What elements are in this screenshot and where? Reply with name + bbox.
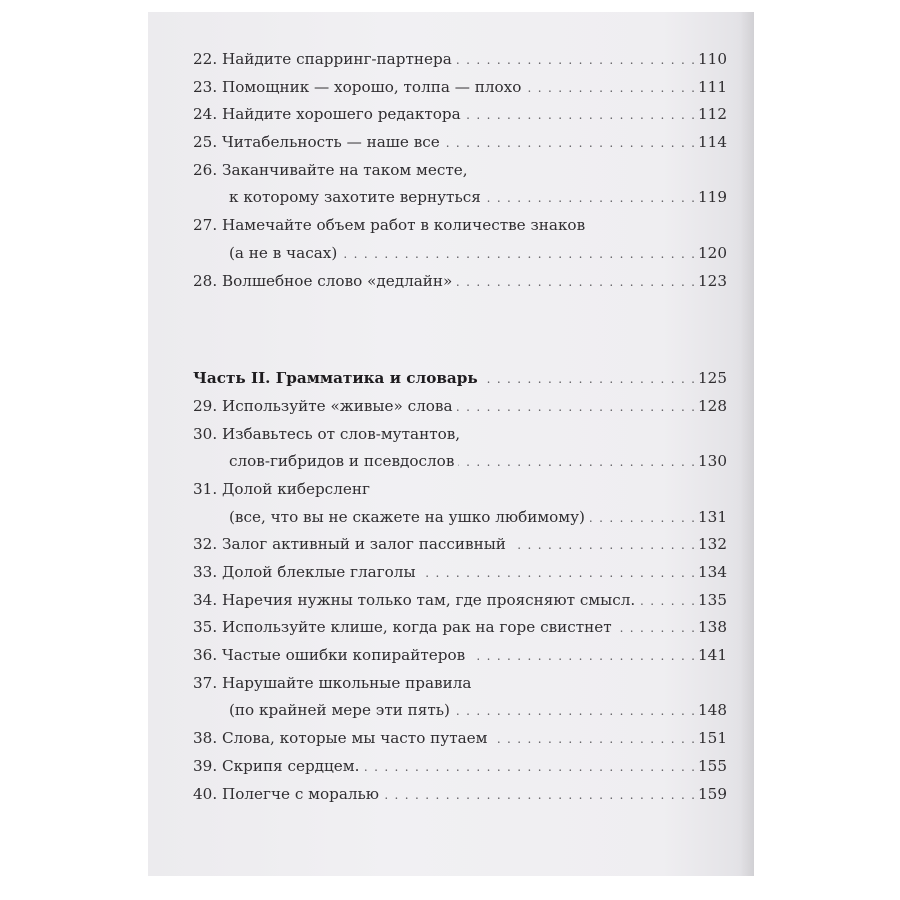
leader-dots (639, 588, 695, 616)
toc-entry: 35. Используйте клише, когда рак на горе… (193, 614, 727, 642)
leader-dots (444, 130, 695, 158)
toc-entry: 22. Найдите спарринг-партнера110 (193, 46, 727, 74)
entry-page-number: 135 (698, 587, 727, 615)
book-page: 22. Найдите спарринг-партнера11023. Помо… (148, 12, 754, 876)
toc-entry: 33. Долой блеклые глаголы134 (193, 559, 727, 587)
part-page-number: 125 (698, 365, 727, 393)
entry-title: 26. Заканчивайте на таком месте, (193, 157, 468, 185)
entry-title: 35. Используйте клише, когда рак на горе… (193, 614, 612, 642)
leader-dots (456, 269, 695, 297)
entry-page-number: 141 (698, 642, 727, 670)
table-of-contents: 22. Найдите спарринг-партнера11023. Помо… (193, 46, 727, 808)
entry-page-number: 151 (698, 725, 727, 753)
toc-section-before-part: 22. Найдите спарринг-партнера11023. Помо… (193, 46, 727, 295)
entry-title: (а не в часах) (229, 240, 337, 268)
entry-title: 28. Волшебное слово «дедлайн» (193, 268, 452, 296)
entry-title: 25. Читабельность — наше все (193, 129, 440, 157)
leader-dots (469, 643, 695, 671)
leader-dots (485, 185, 695, 213)
leader-dots (525, 75, 695, 103)
leader-dots (491, 726, 695, 754)
entry-title: 31. Долой киберсленг (193, 476, 370, 504)
leader-dots (510, 532, 695, 560)
entry-page-number: 148 (698, 697, 727, 725)
entry-title: 29. Используйте «живые» слова (193, 393, 453, 421)
leader-dots (420, 560, 695, 588)
entry-page-number: 130 (698, 448, 727, 476)
entry-title: 33. Долой блеклые глаголы (193, 559, 416, 587)
leader-dots (341, 241, 695, 269)
toc-entry-continuation: (а не в часах)120 (193, 240, 727, 268)
entry-title: 23. Помощник — хорошо, толпа — плохо (193, 74, 521, 102)
entry-title: 37. Нарушайте школьные правила (193, 670, 471, 698)
entry-page-number: 132 (698, 531, 727, 559)
entry-title: 36. Частые ошибки копирайтеров (193, 642, 465, 670)
leader-dots (383, 782, 695, 810)
entry-page-number: 134 (698, 559, 727, 587)
entry-title: 38. Слова, которые мы часто путаем (193, 725, 487, 753)
toc-entry-continuation: (по крайней мере эти пять)148 (193, 697, 727, 725)
page-edge-shadow (740, 12, 754, 876)
toc-entry: 28. Волшебное слово «дедлайн»123 (193, 268, 727, 296)
entry-page-number: 110 (698, 46, 727, 74)
leader-dots (458, 449, 695, 477)
toc-entry: 27. Намечайте объем работ в количестве з… (193, 212, 727, 240)
entry-title: к которому захотите вернуться (229, 184, 481, 212)
entry-title: 34. Наречия нужны только там, где проясн… (193, 587, 635, 615)
toc-entry: 25. Читабельность — наше все114 (193, 129, 727, 157)
toc-entry: 24. Найдите хорошего редактора112 (193, 101, 727, 129)
entry-page-number: 131 (698, 504, 727, 532)
toc-entry: 31. Долой киберсленг (193, 476, 727, 504)
toc-entry: 26. Заканчивайте на таком месте, (193, 157, 727, 185)
leader-dots (457, 394, 695, 422)
toc-entry: 39. Скрипя сердцем.155 (193, 753, 727, 781)
toc-entry: 38. Слова, которые мы часто путаем151 (193, 725, 727, 753)
toc-entry: 29. Используйте «живые» слова128 (193, 393, 727, 421)
entry-title: 39. Скрипя сердцем. (193, 753, 359, 781)
section-gap (193, 295, 727, 365)
entry-page-number: 114 (698, 129, 727, 157)
toc-entry-continuation: слов-гибридов и псевдослов130 (193, 448, 727, 476)
entry-page-number: 112 (698, 101, 727, 129)
leader-dots (589, 505, 695, 533)
entry-title: 22. Найдите спарринг-партнера (193, 46, 452, 74)
entry-title: 24. Найдите хорошего редактора (193, 101, 461, 129)
toc-entry: 40. Полегче с моралью159 (193, 781, 727, 809)
entry-title: 30. Избавьтесь от слов-мутантов, (193, 421, 460, 449)
entry-page-number: 123 (698, 268, 727, 296)
toc-entry-continuation: (все, что вы не скажете на ушко любимому… (193, 504, 727, 532)
entry-page-number: 128 (698, 393, 727, 421)
toc-part-heading: Часть II. Грамматика и словарь 125 (193, 365, 727, 393)
entry-title: слов-гибридов и псевдослов (229, 448, 454, 476)
leader-dots (456, 47, 695, 75)
toc-entry: 34. Наречия нужны только там, где проясн… (193, 587, 727, 615)
part-title: Часть II. Грамматика и словарь (193, 365, 478, 393)
entry-page-number: 138 (698, 614, 727, 642)
leader-dots (363, 754, 695, 782)
toc-entry: 23. Помощник — хорошо, толпа — плохо111 (193, 74, 727, 102)
leader-dots (454, 698, 695, 726)
leader-dots (616, 615, 695, 643)
entry-title: 40. Полегче с моралью (193, 781, 379, 809)
entry-page-number: 159 (698, 781, 727, 809)
entry-title: (все, что вы не скажете на ушко любимому… (229, 504, 585, 532)
leader-dots (465, 102, 695, 130)
entry-page-number: 120 (698, 240, 727, 268)
toc-entry: 36. Частые ошибки копирайтеров141 (193, 642, 727, 670)
entry-page-number: 155 (698, 753, 727, 781)
toc-entry: 37. Нарушайте школьные правила (193, 670, 727, 698)
entry-title: 32. Залог активный и залог пассивный (193, 531, 506, 559)
entry-title: (по крайней мере эти пять) (229, 697, 450, 725)
entry-page-number: 119 (698, 184, 727, 212)
toc-entry: 30. Избавьтесь от слов-мутантов, (193, 421, 727, 449)
toc-section-after-part: 29. Используйте «живые» слова12830. Изба… (193, 393, 727, 808)
entry-title: 27. Намечайте объем работ в количестве з… (193, 212, 585, 240)
toc-entry-continuation: к которому захотите вернуться119 (193, 184, 727, 212)
leader-dots (482, 366, 695, 394)
toc-entry: 32. Залог активный и залог пассивный132 (193, 531, 727, 559)
entry-page-number: 111 (698, 74, 727, 102)
